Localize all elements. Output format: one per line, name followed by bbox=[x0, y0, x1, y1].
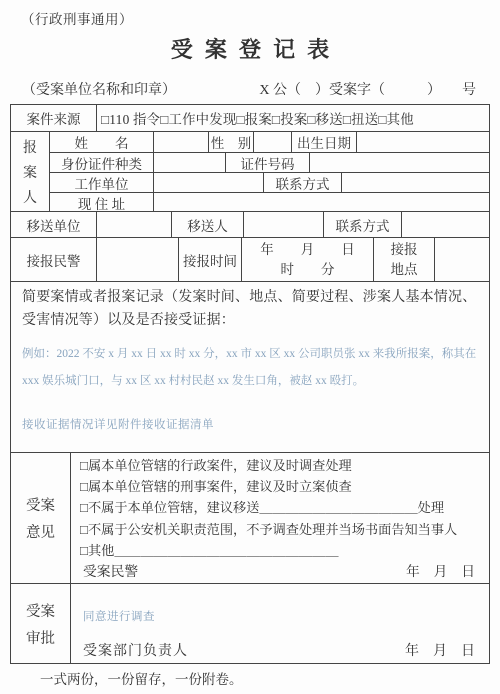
gender-label: 性 别 bbox=[208, 132, 253, 152]
reporter-group-label-char: 案 bbox=[23, 162, 37, 182]
transfer-row: 移送单位 移送人 联系方式 bbox=[11, 211, 489, 237]
intake-place-label-line: 接报 bbox=[391, 240, 418, 260]
page-title: 受案登记表 bbox=[0, 33, 500, 64]
reporter-rows: 姓 名 性 别 出生日期 身份证件种类 证件号码 工作单位 联系方式 bbox=[49, 132, 489, 211]
employer-label: 工作单位 bbox=[49, 173, 153, 192]
reporter-contact-value bbox=[341, 173, 489, 192]
id-type-label: 身份证件种类 bbox=[49, 153, 153, 172]
intake-place-value bbox=[434, 238, 489, 281]
transfer-person-label: 移送人 bbox=[171, 212, 243, 237]
id-number-label: 证件号码 bbox=[225, 153, 309, 172]
reporter-id-row: 身份证件种类 证件号码 bbox=[49, 152, 489, 172]
intake-row: 接报民警 接报时间 年 月 日 时 分 接报 地点 bbox=[11, 237, 489, 281]
intake-place-label: 接报 地点 bbox=[373, 238, 434, 281]
birth-date-label: 出生日期 bbox=[291, 132, 356, 152]
brief-heading: 简要案情或者报案记录（发案时间、地点、简要过程、涉案人基本情况、受害情况等）以及… bbox=[22, 287, 478, 332]
opinion-option-5: □其他＿＿＿＿＿＿＿＿＿＿＿＿＿＿＿＿＿ bbox=[80, 540, 485, 561]
corner-note: （行政刑事通用） bbox=[21, 8, 500, 28]
registration-table: 案件来源 □110 指令□工作中发现□报案□投案□移送□扭送□其他 报 案 人 … bbox=[10, 104, 490, 664]
reporter-group-label: 报 案 人 bbox=[11, 132, 49, 211]
approval-comment: 同意进行调查 bbox=[83, 608, 485, 624]
approval-group-label-line: 审批 bbox=[26, 627, 55, 648]
opinion-option-4: □不属于公安机关职责范围，不予调查处理并当场书面告知当事人 bbox=[80, 519, 485, 540]
brief-example-text: 例如：2022 不安 x 月 xx 日 xx 时 xx 分，xx 市 xx 区 … bbox=[22, 341, 478, 395]
brief-cell: 简要案情或者报案记录（发案时间、地点、简要过程、涉案人基本情况、受害情况等）以及… bbox=[11, 282, 489, 452]
opinion-option-1: □属本单位管辖的行政案件，建议及时调查处理 bbox=[80, 455, 485, 476]
intake-hourmin-line: 时 分 bbox=[281, 260, 335, 280]
intake-time-label: 接报时间 bbox=[178, 238, 241, 281]
intake-datetime-value: 年 月 日 时 分 bbox=[241, 238, 373, 281]
id-number-value bbox=[309, 153, 489, 172]
transfer-person-value bbox=[243, 212, 323, 237]
reporter-address-row: 现 住 址 bbox=[49, 192, 489, 212]
opinion-group-label-line: 受案 bbox=[26, 494, 55, 515]
opinion-section: 受案 意见 □属本单位管辖的行政案件，建议及时调查处理 □属本单位管辖的刑事案件… bbox=[11, 452, 489, 583]
intake-place-label-line: 地点 bbox=[391, 260, 418, 280]
case-source-label: 案件来源 bbox=[11, 105, 96, 131]
name-value bbox=[153, 132, 208, 152]
transfer-unit-value bbox=[96, 212, 171, 237]
reporter-section: 报 案 人 姓 名 性 别 出生日期 身份证件种类 证件号码 bbox=[11, 131, 489, 211]
case-source-options: □110 指令□工作中发现□报案□投案□移送□扭送□其他 bbox=[96, 105, 489, 131]
reporter-name-row: 姓 名 性 别 出生日期 bbox=[49, 132, 489, 152]
opinion-officer-label: 受案民警 bbox=[83, 561, 138, 582]
transfer-unit-label: 移送单位 bbox=[11, 212, 96, 237]
address-label: 现 住 址 bbox=[49, 193, 153, 212]
brief-evidence-note: 接收证据情况详见附件接收证据清单 bbox=[22, 416, 478, 432]
intake-officer-value bbox=[96, 238, 178, 281]
opinion-option-3: □不属于本单位管辖，建议移送＿＿＿＿＿＿＿＿＿＿＿＿处理 bbox=[80, 497, 485, 518]
birth-date-value bbox=[356, 132, 489, 152]
brief-row: 简要案情或者报案记录（发案时间、地点、简要过程、涉案人基本情况、受害情况等）以及… bbox=[11, 281, 489, 452]
reporter-contact-label: 联系方式 bbox=[263, 173, 341, 192]
footer-note: 一式两份，一份留存，一份附卷。 bbox=[40, 668, 500, 688]
opinion-body: □属本单位管辖的行政案件，建议及时调查处理 □属本单位管辖的刑事案件，建议及时立… bbox=[70, 453, 489, 583]
approval-head-label: 受案部门负责人 bbox=[83, 640, 188, 660]
intake-date-line: 年 月 日 bbox=[260, 240, 355, 260]
opinion-date-placeholder: 年 月 日 bbox=[406, 561, 485, 582]
case-registration-form-page: （行政刑事通用） 受案登记表 （受案单位名称和印章） X 公（ ）受案字（ ） … bbox=[0, 0, 500, 694]
gender-value bbox=[253, 132, 291, 152]
approval-group-label-line: 受案 bbox=[26, 600, 55, 621]
approval-body: 同意进行调查 受案部门负责人 年 月 日 bbox=[70, 584, 489, 663]
unit-line: （受案单位名称和印章） X 公（ ）受案字（ ） 号 bbox=[22, 79, 488, 99]
transfer-contact-value bbox=[401, 212, 489, 237]
intake-officer-label: 接报民警 bbox=[11, 238, 96, 281]
opinion-officer-line: 受案民警 年 月 日 bbox=[80, 561, 485, 582]
reporter-group-label-char: 报 bbox=[23, 137, 37, 157]
opinion-group-label-line: 意见 bbox=[26, 521, 55, 542]
approval-officer-line: 受案部门负责人 年 月 日 bbox=[83, 640, 485, 660]
unit-caption: （受案单位名称和印章） bbox=[22, 79, 176, 99]
approval-section: 受案 审批 同意进行调查 受案部门负责人 年 月 日 bbox=[11, 583, 489, 663]
reporter-work-row: 工作单位 联系方式 bbox=[49, 172, 489, 192]
approval-group-label: 受案 审批 bbox=[11, 584, 70, 663]
approval-date-placeholder: 年 月 日 bbox=[405, 640, 485, 660]
address-value bbox=[153, 193, 489, 212]
transfer-contact-label: 联系方式 bbox=[323, 212, 401, 237]
name-label: 姓 名 bbox=[49, 132, 153, 152]
id-type-value bbox=[153, 153, 225, 172]
opinion-option-2: □属本单位管辖的刑事案件，建议及时立案侦查 bbox=[80, 476, 485, 497]
opinion-group-label: 受案 意见 bbox=[11, 453, 70, 583]
employer-value bbox=[153, 173, 263, 192]
case-number-line: X 公（ ）受案字（ ） 号 bbox=[259, 79, 488, 99]
reporter-group-label-char: 人 bbox=[23, 187, 37, 207]
case-source-row: 案件来源 □110 指令□工作中发现□报案□投案□移送□扭送□其他 bbox=[11, 105, 489, 131]
